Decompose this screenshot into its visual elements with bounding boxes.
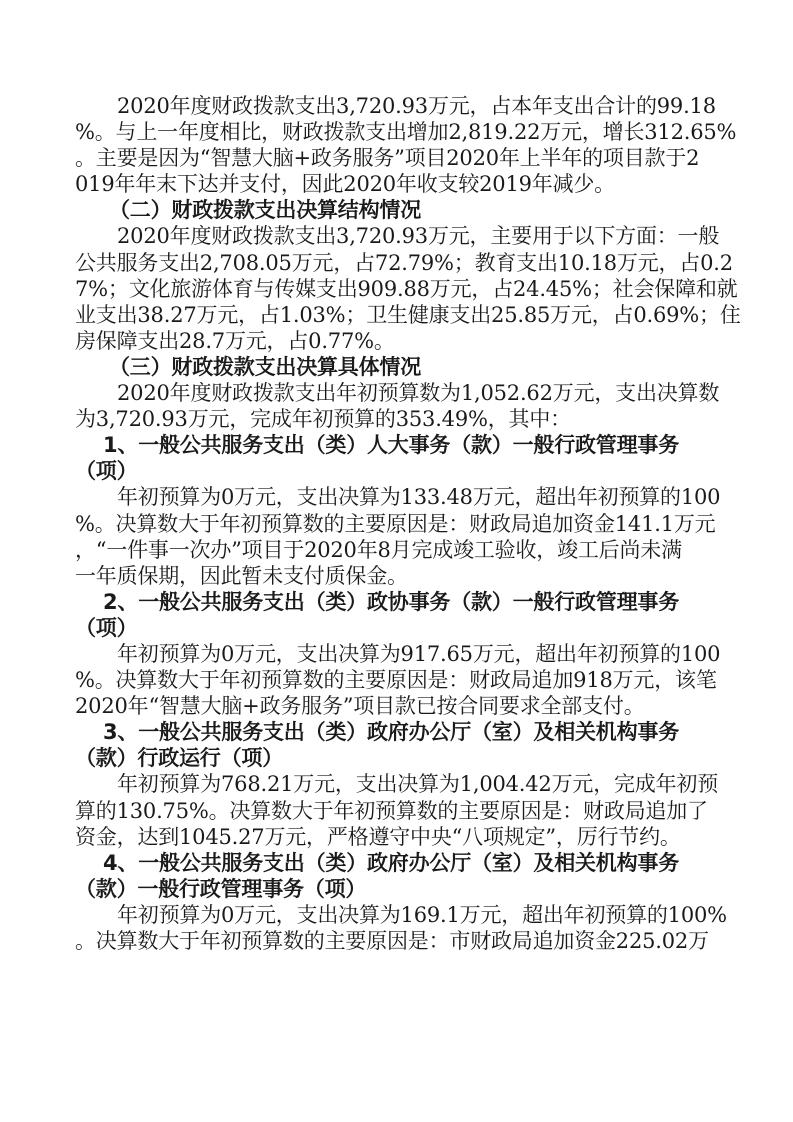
text-line: 算的130.75%。决算数大于年初预算数的主要原因是：财政局追加了 <box>75 798 715 824</box>
text-line: 。主要是因为“智慧大脑+政务服务”项目2020年上半年的项目款于2 <box>75 145 715 171</box>
item-paragraph-1: 年初预算为0万元，支出决算为133.48万元，超出年初预算的100 %。决算数大… <box>75 484 715 588</box>
text-line: 2、一般公共服务支出（类）政协事务（款）一般行政管理事务 <box>75 589 715 615</box>
text-line: 2020年度财政拨款支出3,720.93万元，占本年支出合计的99.18 <box>75 93 715 119</box>
text-line: 。决算数大于年初预算数的主要原因是：市财政局追加资金225.02万 <box>75 928 715 954</box>
text-line: 019年年末下达并支付，因此2020年收支较2019年减少。 <box>75 171 715 197</box>
text-line: 2020年度财政拨款支出3,720.93万元，主要用于以下方面：一般 <box>75 223 715 249</box>
item-heading-3: 3、一般公共服务支出（类）政府办公厅（室）及相关机构事务 （款）行政运行（项） <box>75 719 715 771</box>
text-line: 年初预算为0万元，支出决算为133.48万元，超出年初预算的100 <box>75 484 715 510</box>
paragraph-appropriation-total: 2020年度财政拨款支出3,720.93万元，占本年支出合计的99.18 %。与… <box>75 93 715 197</box>
item-paragraph-4: 年初预算为0万元，支出决算为169.1万元，超出年初预算的100% 。决算数大于… <box>75 902 715 954</box>
text-line: （款）一般行政管理事务（项） <box>75 876 715 902</box>
text-line: ，“一件事一次办”项目于2020年8月完成竣工验收，竣工后尚未满 <box>75 537 715 563</box>
paragraph-structure: 2020年度财政拨款支出3,720.93万元，主要用于以下方面：一般 公共服务支… <box>75 223 715 353</box>
item-paragraph-2: 年初预算为0万元，支出决算为917.65万元，超出年初预算的100 %。决算数大… <box>75 641 715 719</box>
text-line: 一年质保期，因此暂未支付质保金。 <box>75 563 715 589</box>
text-line: %。决算数大于年初预算数的主要原因是：财政局追加资金141.1万元 <box>75 511 715 537</box>
text-line: （款）行政运行（项） <box>75 745 715 771</box>
text-line: 年初预算为0万元，支出决算为169.1万元，超出年初预算的100% <box>75 902 715 928</box>
text-line: 2020年度财政拨款支出年初预算数为1,052.62万元，支出决算数 <box>75 380 715 406</box>
text-line: %。与上一年度相比，财政拨款支出增加2,819.22万元，增长312.65% <box>75 119 715 145</box>
text-line: 房保障支出28.7万元，占0.77%。 <box>75 328 715 354</box>
text-line: 2020年“智慧大脑+政务服务”项目款已按合同要求全部支付。 <box>75 693 715 719</box>
section-heading-details: （三）财政拨款支出决算具体情况 <box>75 354 715 380</box>
text-line: 年初预算为0万元，支出决算为917.65万元，超出年初预算的100 <box>75 641 715 667</box>
text-line: 年初预算为768.21万元，支出决算为1,004.42万元，完成年初预 <box>75 771 715 797</box>
text-line: 7%；文化旅游体育与传媒支出909.88万元，占24.45%；社会保障和就 <box>75 276 715 302</box>
text-line: 资金，达到1045.27万元，严格遵守中央“八项规定”，厉行节约。 <box>75 824 715 850</box>
text-line: （项） <box>75 458 715 484</box>
text-line: 4、一般公共服务支出（类）政府办公厅（室）及相关机构事务 <box>75 850 715 876</box>
text-line: 为3,720.93万元，完成年初预算的353.49%，其中： <box>75 406 715 432</box>
paragraph-details-intro: 2020年度财政拨款支出年初预算数为1,052.62万元，支出决算数 为3,72… <box>75 380 715 432</box>
item-heading-2: 2、一般公共服务支出（类）政协事务（款）一般行政管理事务 （项） <box>75 589 715 641</box>
section-heading-structure: （二）财政拨款支出决算结构情况 <box>75 197 715 223</box>
text-line: （项） <box>75 615 715 641</box>
text-line: 公共服务支出2,708.05万元，占72.79%；教育支出10.18万元，占0.… <box>75 250 715 276</box>
text-line: 3、一般公共服务支出（类）政府办公厅（室）及相关机构事务 <box>75 719 715 745</box>
document-page: 2020年度财政拨款支出3,720.93万元，占本年支出合计的99.18 %。与… <box>75 93 715 954</box>
item-paragraph-3: 年初预算为768.21万元，支出决算为1,004.42万元，完成年初预 算的13… <box>75 771 715 849</box>
text-line: 1、一般公共服务支出（类）人大事务（款）一般行政管理事务 <box>75 432 715 458</box>
item-heading-4: 4、一般公共服务支出（类）政府办公厅（室）及相关机构事务 （款）一般行政管理事务… <box>75 850 715 902</box>
text-line: %。决算数大于年初预算数的主要原因是：财政局追加918万元，该笔 <box>75 667 715 693</box>
item-heading-1: 1、一般公共服务支出（类）人大事务（款）一般行政管理事务 （项） <box>75 432 715 484</box>
text-line: 业支出38.27万元，占1.03%；卫生健康支出25.85万元，占0.69%；住 <box>75 302 715 328</box>
